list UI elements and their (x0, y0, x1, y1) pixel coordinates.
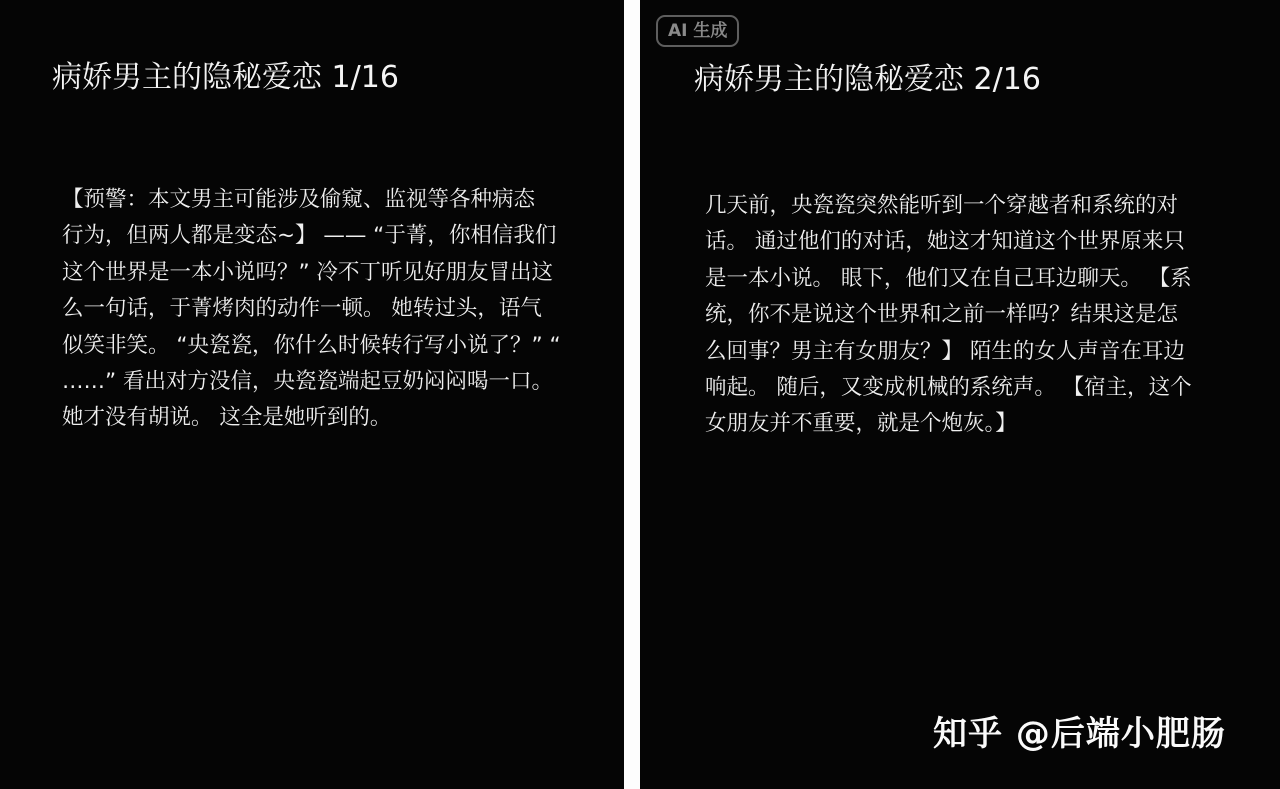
page-divider (624, 0, 640, 789)
story-page-1: 病娇男主的隐秘爱恋 1/16 【预警：本文男主可能涉及偷窥、监视等各种病态 行为… (0, 0, 624, 789)
page-title: 病娇男主的隐秘爱恋 1/16 (52, 58, 399, 98)
text-line: 响起。 随后，又变成机械的系统声。 【宿主，这个 (705, 370, 1277, 406)
ai-generated-badge: AI 生成 (656, 15, 739, 47)
story-text: 【预警：本文男主可能涉及偷窥、监视等各种病态 行为，但两人都是变态~】 —— “… (62, 182, 618, 437)
text-line: 这个世界是一本小说吗？” 冷不丁听见好朋友冒出这 (62, 255, 618, 291)
text-line: 是一本小说。 眼下，他们又在自己耳边聊天。 【系 (705, 261, 1277, 297)
text-line: 她才没有胡说。 这全是她听到的。 (62, 400, 618, 436)
text-line: 么一句话，于菁烤肉的动作一顿。 她转过头，语气 (62, 291, 618, 327)
text-line: 么回事？男主有女朋友？】 陌生的女人声音在耳边 (705, 334, 1277, 370)
text-line: 【预警：本文男主可能涉及偷窥、监视等各种病态 (62, 182, 618, 218)
page-title: 病娇男主的隐秘爱恋 2/16 (694, 60, 1041, 100)
text-line: 几天前，央瓷瓷突然能听到一个穿越者和系统的对 (705, 188, 1277, 224)
text-line: 统，你不是说这个世界和之前一样吗？结果这是怎 (705, 297, 1277, 333)
story-text: 几天前，央瓷瓷突然能听到一个穿越者和系统的对 话。 通过他们的对话，她这才知道这… (705, 188, 1277, 443)
story-page-2: AI 生成 病娇男主的隐秘爱恋 2/16 几天前，央瓷瓷突然能听到一个穿越者和系… (640, 0, 1280, 789)
text-line: ……” 看出对方没信，央瓷瓷端起豆奶闷闷喝一口。 (62, 364, 618, 400)
zhihu-watermark: 知乎 @后端小肥肠 (933, 712, 1226, 756)
text-line: 女朋友并不重要，就是个炮灰。】 (705, 406, 1277, 442)
text-line: 话。 通过他们的对话，她这才知道这个世界原来只 (705, 224, 1277, 260)
text-line: 行为，但两人都是变态~】 —— “于菁，你相信我们 (62, 218, 618, 254)
text-line: 似笑非笑。 “央瓷瓷，你什么时候转行写小说了？” “ (62, 328, 618, 364)
